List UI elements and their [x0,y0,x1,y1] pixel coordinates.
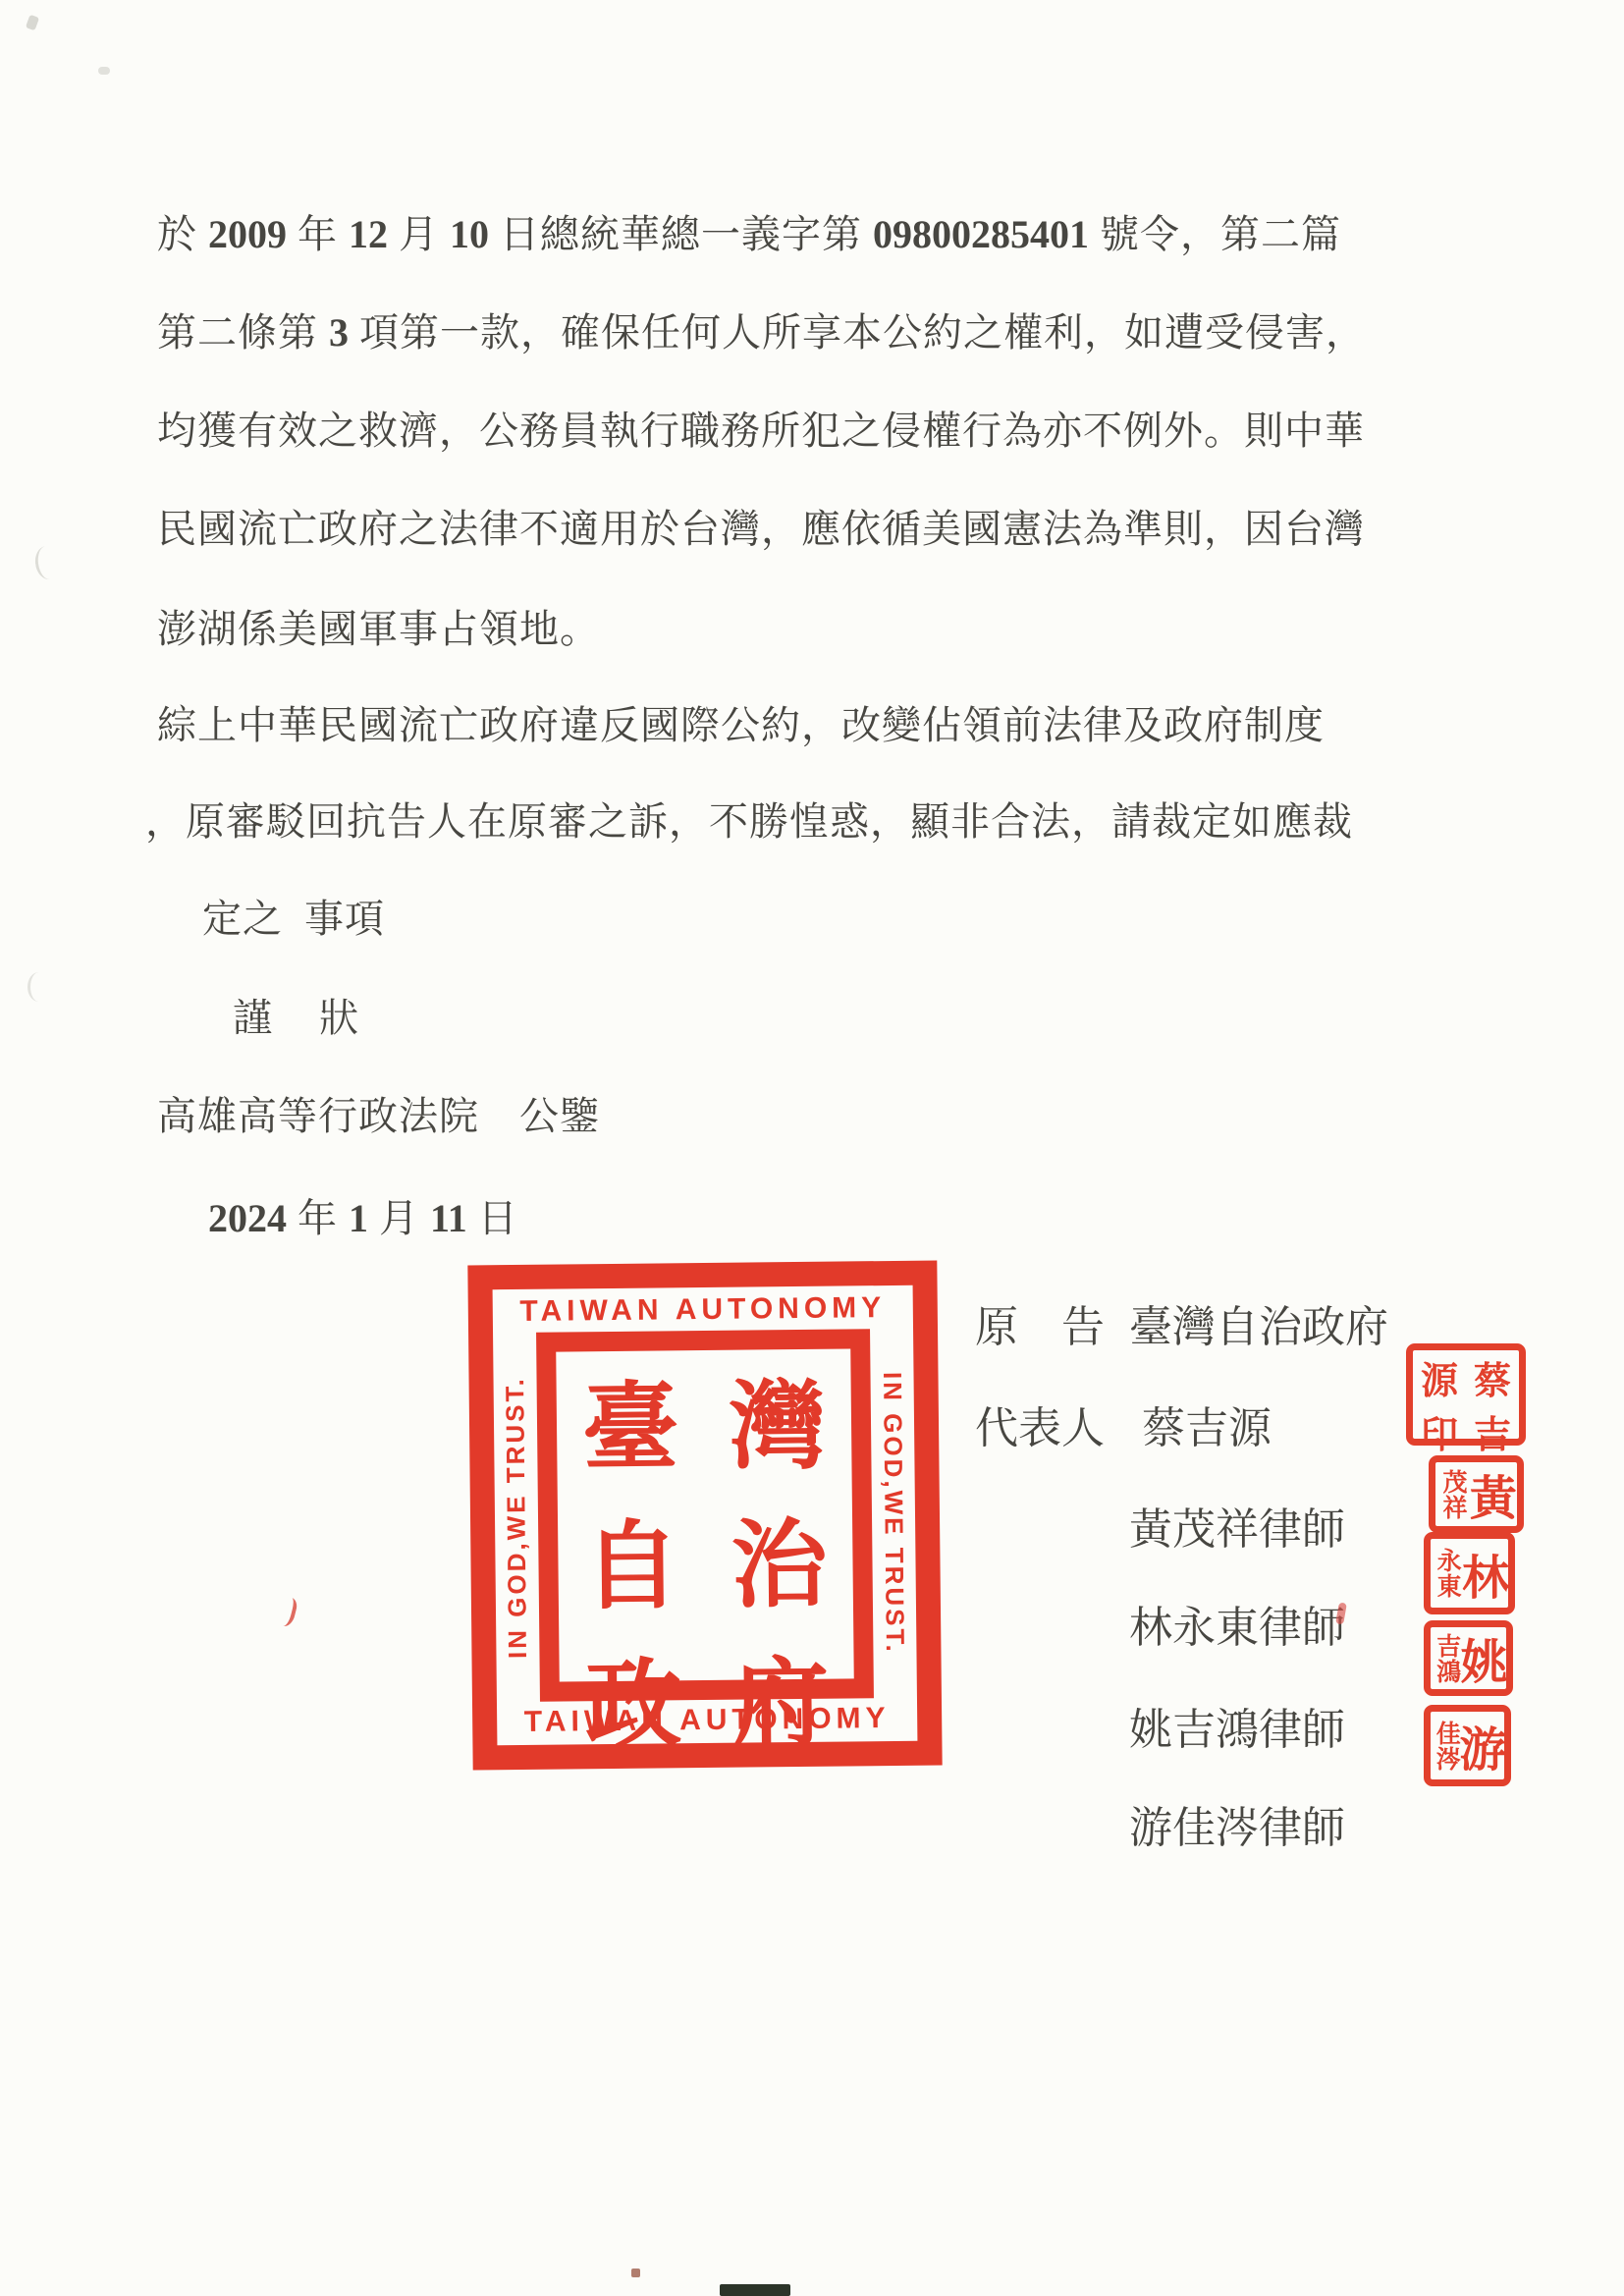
body-line-8: 定之 事項 [202,897,385,942]
seal-char: 吉 [1466,1404,1519,1458]
seal-big-char: 黃 [1470,1460,1517,1528]
seal-lin-yong-dong: 永東 林 [1424,1532,1515,1614]
scan-speck [631,2269,640,2277]
scan-mark [27,972,50,1002]
seal-small-chars: 吉鴻 [1431,1633,1462,1684]
seal-yao-ji-hong: 吉鴻 姚 [1424,1620,1513,1696]
seal-char: 蔡 [1466,1350,1519,1404]
seal-small-chars: 永東 [1431,1548,1463,1599]
body-line-1: 於 2009 年 12 月 10 日總統華總一義字第 09800285401 號… [157,212,1341,257]
lawyer-name: 林永東律師 [1129,1592,1345,1655]
seal-char: 印 [1413,1404,1466,1458]
court-name-line: 高雄高等行政法院 公鑒 [157,1094,600,1139]
representative-name: 蔡吉源 [1142,1393,1272,1455]
seal-big-char: 林 [1463,1540,1508,1608]
scan-speck [98,67,110,75]
stamp-char-zi: 自 [558,1489,706,1629]
stamp-top-text: TAIWAN AUTONOMY [533,1287,873,1333]
body-line-3: 均獲有效之救濟，公務員執行職務所犯之侵權行為亦不例外。則中華 [157,409,1365,454]
seal-big-char: 游 [1462,1712,1505,1779]
seal-you-jia-cen: 佳涔 游 [1424,1705,1511,1786]
plaintiff-name: 臺灣自治政府 [1129,1291,1388,1354]
lawyer-name: 游佳涔律師 [1129,1792,1345,1855]
seal-small-chars: 茂祥 [1435,1469,1470,1520]
closing-respectfully-submitted: 謹 狀 [233,996,362,1041]
body-line-7: ，原審駁回抗告人在原審之訴，不勝惶惑，顯非合法，請裁定如應裁 [145,799,1353,845]
date-line: 2024 年 1 月 11 日 [208,1196,518,1241]
stamp-char-tai: 臺 [556,1350,704,1491]
lawyer-name: 黃茂祥律師 [1129,1494,1345,1557]
body-line-4: 民國流亡政府之法律不適用於台灣，應依循美國憲法為準則，因台灣 [157,507,1365,552]
red-ink-mark [273,1595,299,1628]
stamp-left-text: IN GOD,WE TRUST. [493,1324,540,1711]
seal-small-chars: 佳涔 [1431,1721,1462,1772]
seal-big-char: 姚 [1462,1624,1506,1692]
stamp-char-wan: 灣 [703,1348,851,1489]
stamp-char-zheng: 政 [559,1627,707,1768]
taiwan-autonomy-stamp: TAIWAN AUTONOMY TAIWAN AUTONOMY IN GOD,W… [467,1261,942,1771]
lawyer-name: 姚吉鴻律師 [1129,1694,1345,1757]
representative-label: 代表人 [975,1393,1105,1455]
stamp-char-fu: 府 [706,1625,854,1766]
body-line-2: 第二條第 3 項第一款，確保任何人所享本公約之權利，如遭受侵害， [157,310,1366,355]
body-line-5: 澎湖係美國軍事占領地。 [157,607,600,652]
stamp-characters: 臺 灣 自 治 政 府 [556,1348,854,1681]
seal-char: 源 [1413,1350,1466,1404]
scan-mark [33,544,62,580]
seal-huang-mao-xiang: 茂祥 黃 [1429,1455,1524,1533]
seal-cai-ji-yuan: 源 蔡 印 吉 [1406,1343,1526,1446]
scan-edge-artifact [720,2284,790,2296]
body-line-6: 綜上中華民國流亡政府違反國際公約，改變佔領前法律及政府制度 [157,703,1325,748]
stamp-right-text: IN GOD,WE TRUST. [870,1320,917,1707]
scan-speck [26,15,39,31]
plaintiff-label: 原 告 [975,1291,1105,1354]
stamp-char-zhi: 治 [705,1487,853,1627]
